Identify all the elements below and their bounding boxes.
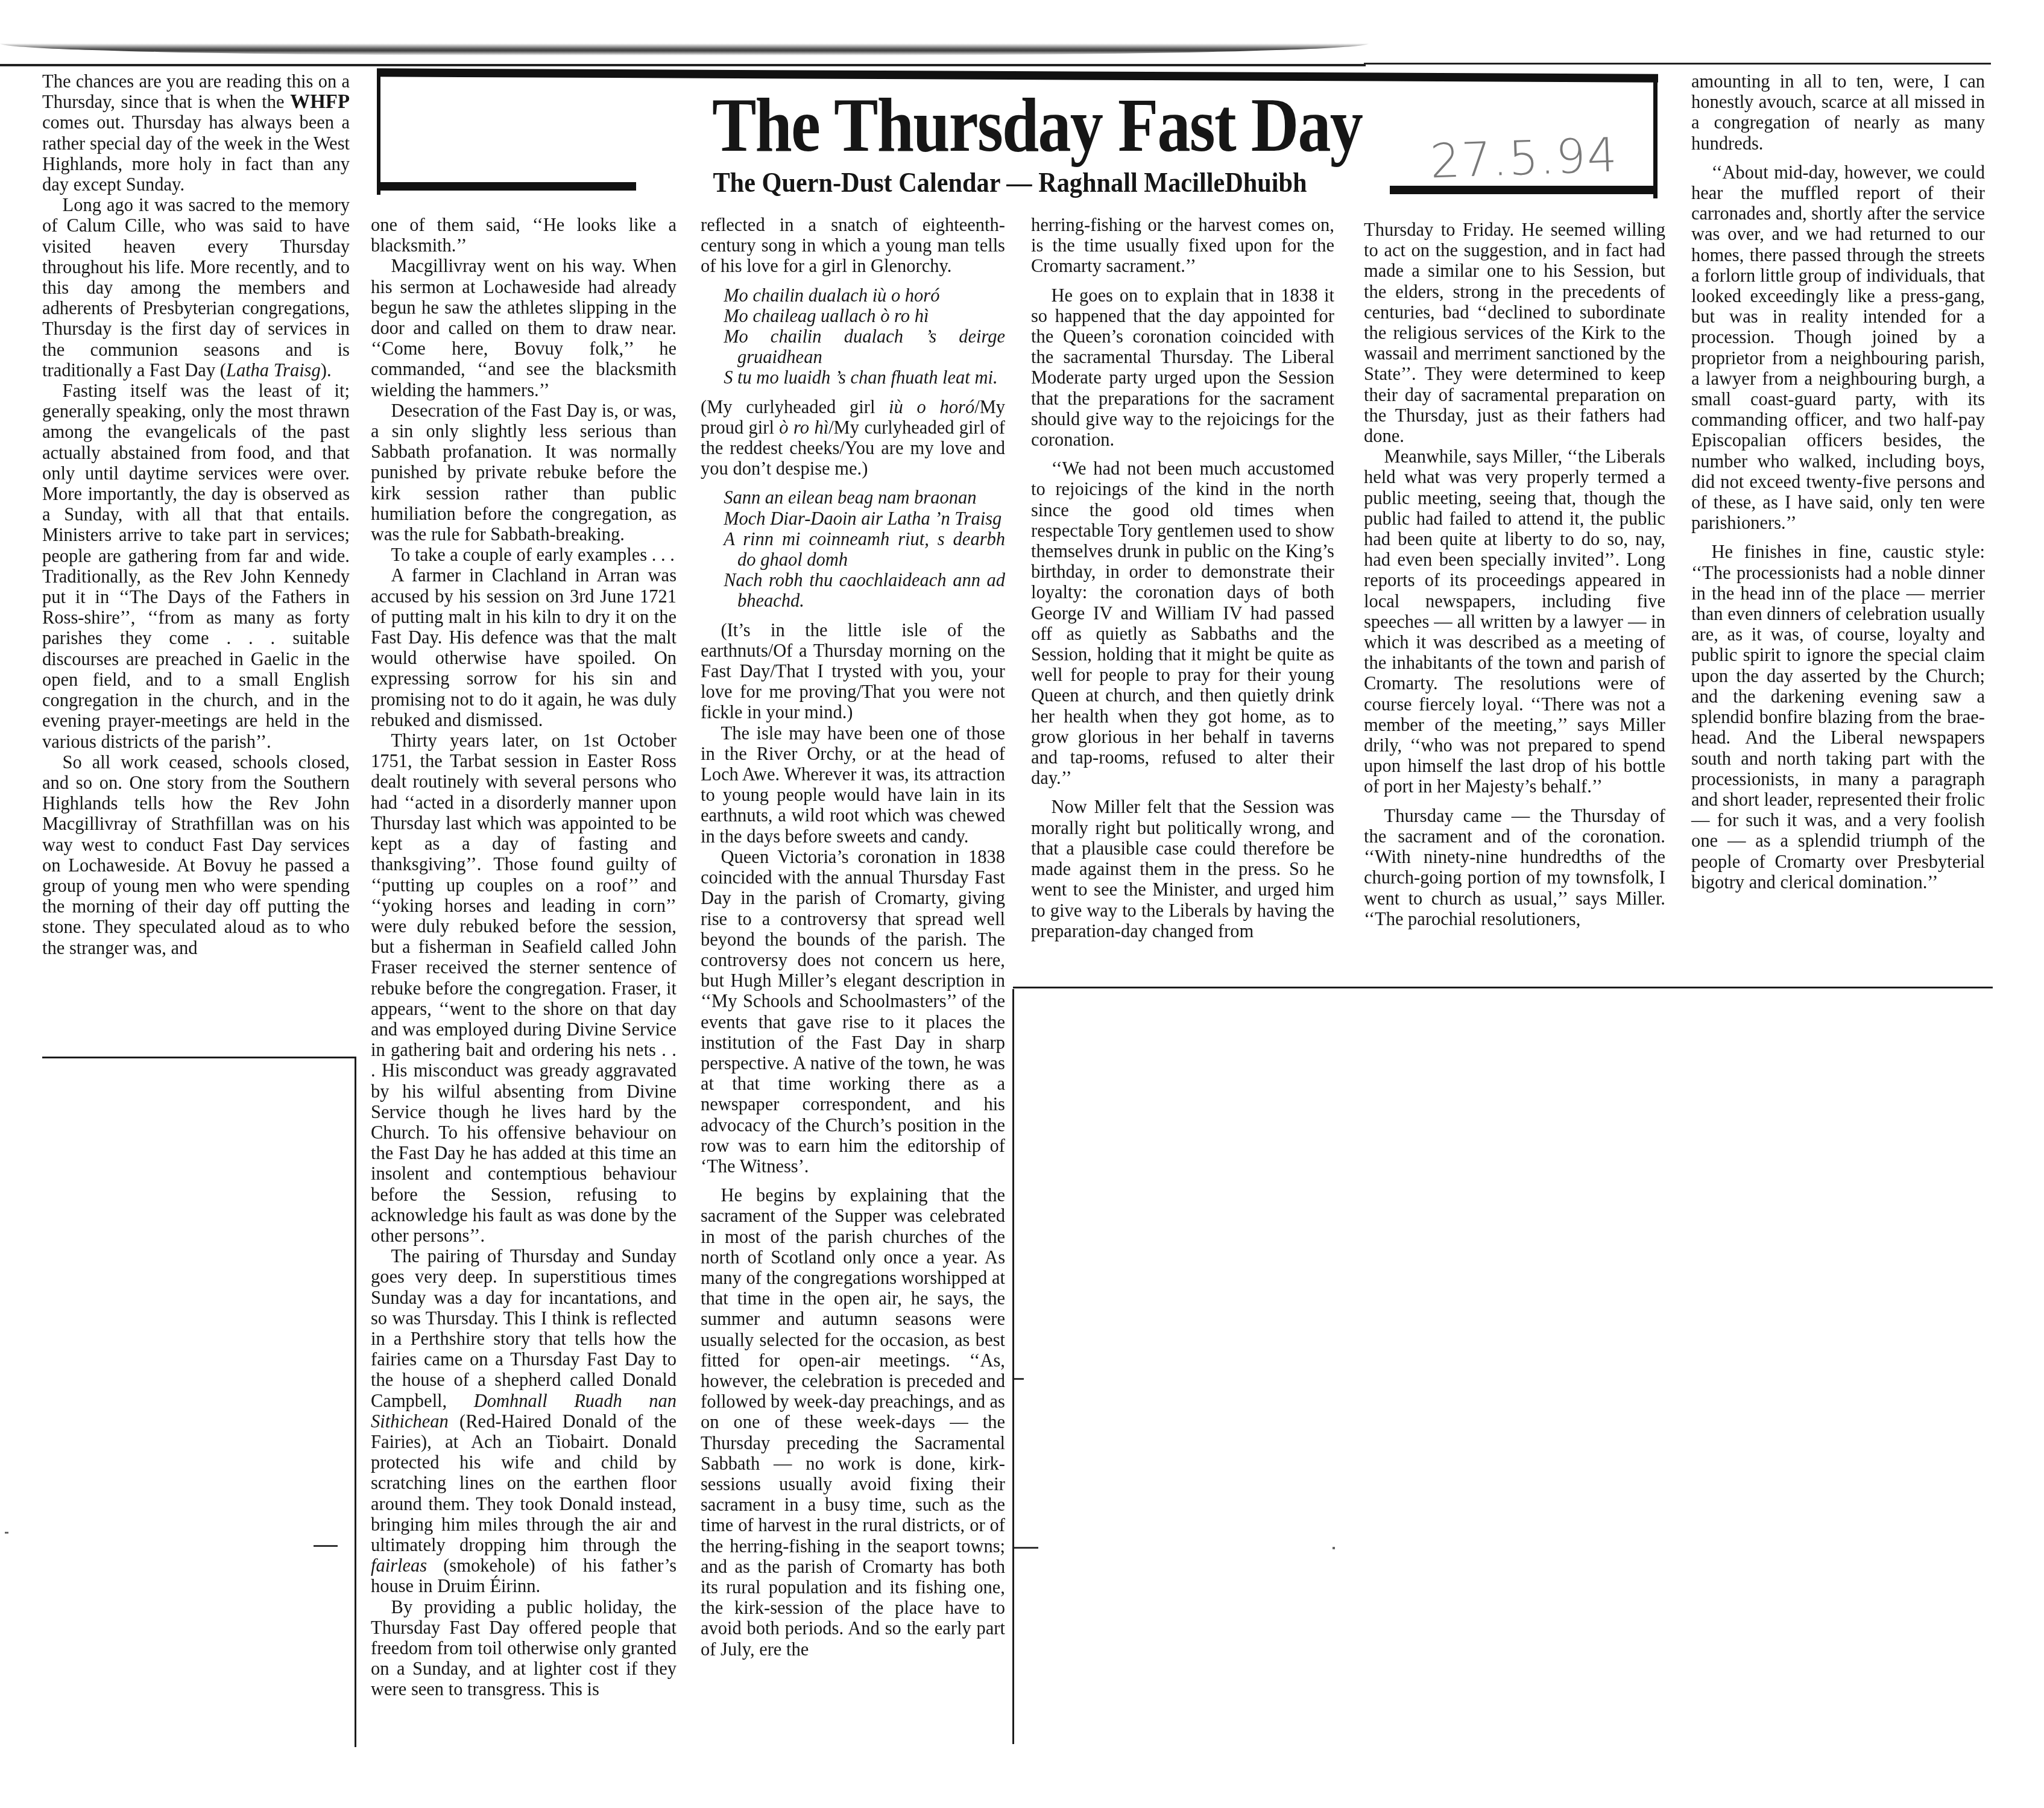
paragraph: By providing a public holiday, the Thurs… xyxy=(371,1597,677,1700)
paragraph: Macgillivray went on his way. When his s… xyxy=(371,256,677,400)
headline-box-bottom-bar-right xyxy=(1390,186,1658,194)
verse-line: S tu mo luaidh ’s chan fhuath leat mi. xyxy=(714,367,1005,388)
paragraph: The chances are you are reading this on … xyxy=(42,71,350,195)
gaelic-verse-1: Mo chailin dualach iù o horó Mo chaileag… xyxy=(701,285,1005,388)
verse-line: Mo chailin dualach ’s deirge gruaidhean xyxy=(714,326,1005,367)
verse-line: Sann an eilean beag nam braonan xyxy=(714,487,1005,508)
paragraph: To take a couple of early examples . . . xyxy=(371,545,677,565)
column-rule-vertical xyxy=(1012,989,1014,1744)
scan-speck xyxy=(5,1532,8,1534)
paragraph: one of them said, ‘‘He looks like a blac… xyxy=(371,215,677,256)
verse-line: Nach robh thu caochlaideach ann ad bheac… xyxy=(714,570,1005,611)
paragraph: He begins by explaining that the sacrame… xyxy=(701,1185,1005,1660)
paragraph: Desecration of the Fast Day is, or was, … xyxy=(371,400,677,545)
article-column-6: amounting in all to ten, were, I can hon… xyxy=(1691,71,1985,893)
paragraph: The pairing of Thursday and Sunday goes … xyxy=(371,1246,677,1596)
headline-box-left-bar xyxy=(377,71,380,195)
gaelic-verse-2: Sann an eilean beag nam braonan Moch Dia… xyxy=(701,487,1005,611)
verse-line: Moch Diar-Daoin air Latha ’n Traisg xyxy=(714,508,1005,529)
column-rule xyxy=(42,1057,356,1058)
article-column-3: reflected in a snatch of eighteenth-cent… xyxy=(701,215,1005,1660)
article-column-5: Thursday to Friday. He seemed willing to… xyxy=(1364,220,1665,929)
subhead-byline: The Quern-Dust Calendar — Raghnall Macil… xyxy=(671,168,1349,198)
paragraph: Thirty years later, on 1st October 1751,… xyxy=(371,730,677,1246)
paragraph: amounting in all to ten, were, I can hon… xyxy=(1691,71,1985,154)
paragraph: He goes on to explain that in 1838 it so… xyxy=(1031,285,1334,450)
torn-paper-edge xyxy=(0,43,1369,55)
rule-tick xyxy=(1014,1378,1024,1380)
paragraph: Thursday came — the Thursday of the sacr… xyxy=(1364,806,1665,929)
verse-line: Mo chailin dualach iù o horó xyxy=(714,285,1005,306)
paragraph: Queen Victoria’s coronation in 1838 coin… xyxy=(701,847,1005,1177)
column-rule xyxy=(1013,987,1993,988)
top-rule xyxy=(0,64,1366,66)
paragraph: He finishes in fine, caustic style: ‘‘Th… xyxy=(1691,542,1985,892)
paragraph: Now Miller felt that the Session was mor… xyxy=(1031,797,1334,941)
paragraph: Long ago it was sacred to the memory of … xyxy=(42,195,350,381)
article-column-4: herring-fishing or the harvest comes on,… xyxy=(1031,215,1334,941)
paragraph: ‘‘We had not been much accustomed to rej… xyxy=(1031,458,1334,788)
headline-box-right-bar xyxy=(1653,75,1658,198)
paragraph: The isle may have been one of those in t… xyxy=(701,723,1005,847)
paragraph: reflected in a snatch of eighteenth-cent… xyxy=(701,215,1005,277)
paragraph: ‘‘About mid-day, however, we could hear … xyxy=(1691,162,1985,534)
rule-tick xyxy=(1014,1547,1038,1549)
headline: The Thursday Fast Day xyxy=(692,86,1382,164)
paragraph: Meanwhile, says Miller, ‘‘the Liberals h… xyxy=(1364,446,1665,797)
paragraph: herring-fishing or the harvest comes on,… xyxy=(1031,215,1334,277)
paragraph: (It’s in the little isle of the earthnut… xyxy=(701,620,1005,723)
article-column-1: The chances are you are reading this on … xyxy=(42,71,350,958)
publication-name: WHFP xyxy=(290,91,350,113)
top-rule-right xyxy=(1364,63,1991,65)
paragraph: A farmer in Clachland in Arran was accus… xyxy=(371,565,677,730)
paragraph: Thursday to Friday. He seemed willing to… xyxy=(1364,220,1665,446)
scan-speck xyxy=(1333,1547,1335,1549)
headline-box-top-bar xyxy=(377,68,1658,82)
rule-tick xyxy=(314,1545,338,1547)
paragraph: So all work ceased, schools closed, and … xyxy=(42,752,350,958)
paragraph: Fasting itself was the least of it; gene… xyxy=(42,381,350,752)
verse-line: Mo chaileag uallach ò ro hì xyxy=(714,306,1005,326)
verse-translation: (My curlyheaded girl iù o horó/My proud … xyxy=(701,397,1005,479)
headline-box-bottom-bar-left xyxy=(377,182,636,191)
article-column-2: one of them said, ‘‘He looks like a blac… xyxy=(371,215,677,1700)
handwritten-date: 27.5.94 xyxy=(1430,128,1620,189)
verse-line: A rinn mi coinneamh riut, s dearbh do gh… xyxy=(714,529,1005,570)
column-rule-vertical xyxy=(355,1057,356,1747)
